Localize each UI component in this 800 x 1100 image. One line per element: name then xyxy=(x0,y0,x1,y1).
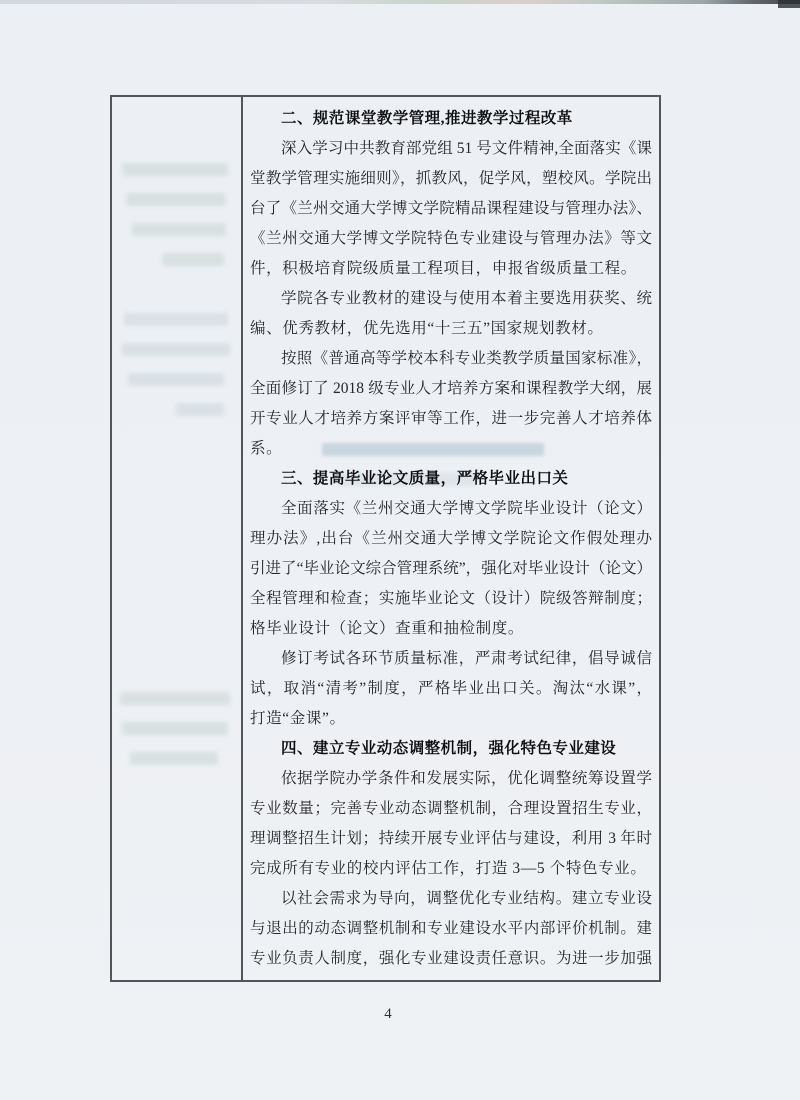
text-line: 二、规范课堂教学管理,推进教学过程改革 xyxy=(250,104,652,134)
text-line: 完成所有专业的校内评估工作，打造 3—5 个特色专业。 xyxy=(250,854,652,884)
content-cell: 二、规范课堂教学管理,推进教学过程改革深入学习中共教育部党组 51 号文件精神,… xyxy=(243,97,659,980)
text-line: 全面落实《兰州交通大学博文学院毕业设计（论文）管 xyxy=(250,494,652,524)
section-heading: 三、提高毕业论文质量，严格毕业出口关 xyxy=(250,464,652,494)
text-line: 堂教学管理实施细则》，抓教风，促学风，塑校风。学院出 xyxy=(250,164,652,194)
section-heading: 四、建立专业动态调整机制，强化特色专业建设 xyxy=(250,734,652,764)
text-line: 理调整招生计划；持续开展专业评估与建设，利用 3 年时间 xyxy=(250,824,652,854)
table-left-column xyxy=(112,97,243,980)
paragraph: 学院各专业教材的建设与使用本着主要选用获奖、统编、优秀教材，优先选用“十三五”国… xyxy=(250,284,652,344)
text-line: 编、优秀教材，优先选用“十三五”国家规划教材。 xyxy=(250,314,652,344)
text-line: 学院各专业教材的建设与使用本着主要选用获奖、统 xyxy=(250,284,652,314)
scanned-page: 二、规范课堂教学管理,推进教学过程改革深入学习中共教育部党组 51 号文件精神,… xyxy=(0,0,800,1100)
text-line: 深入学习中共教育部党组 51 号文件精神,全面落实《课 xyxy=(250,134,652,164)
text-line: 以社会需求为导向，调整优化专业结构。建立专业设立 xyxy=(250,884,652,914)
text-line: 《兰州交通大学博文学院特色专业建设与管理办法》等文 xyxy=(250,224,652,254)
text-line: 开专业人才培养方案评审等工作，进一步完善人才培养体 xyxy=(250,404,652,434)
text-line: 全程管理和检查；实施毕业论文（设计）院级答辩制度；严 xyxy=(250,584,652,614)
text-line: 按照《普通高等学校本科专业类教学质量国家标准》， xyxy=(250,344,652,374)
scan-corner-artifact xyxy=(778,0,800,8)
text-line: 打造“金课”。 xyxy=(250,704,652,734)
text-line: 修订考试各环节质量标准，严肃考试纪律，倡导诚信考 xyxy=(250,644,652,674)
text-line: 件，积极培育院级质量工程项目，申报省级质量工程。 xyxy=(250,254,652,284)
paragraph: 全面落实《兰州交通大学博文学院毕业设计（论文）管理办法》,出台《兰州交通大学博文… xyxy=(250,494,652,644)
text-line: 试，取消“清考”制度，严格毕业出口关。淘汰“水课”， xyxy=(250,674,652,704)
text-line: 引进了“毕业论文综合管理系统”，强化对毕业设计（论文） xyxy=(250,554,652,584)
text-line: 专业负责人制度，强化专业建设责任意识。为进一步加强专 xyxy=(250,944,652,974)
text-line: 四、建立专业动态调整机制，强化特色专业建设 xyxy=(250,734,652,764)
paragraph: 按照《普通高等学校本科专业类教学质量国家标准》，全面修订了 2018 级专业人才… xyxy=(250,344,652,464)
scan-edge-artifact xyxy=(0,0,800,4)
text-line: 格毕业设计（论文）查重和抽检制度。 xyxy=(250,614,652,644)
page-number: 4 xyxy=(373,1006,403,1023)
paragraph: 深入学习中共教育部党组 51 号文件精神,全面落实《课堂教学管理实施细则》，抓教… xyxy=(250,134,652,284)
paragraph: 依据学院办学条件和发展实际，优化调整统筹设置学科专业数量；完善专业动态调整机制，… xyxy=(250,764,652,884)
text-line: 与退出的动态调整机制和专业建设水平内部评价机制。建立 xyxy=(250,914,652,944)
text-line: 专业数量；完善专业动态调整机制，合理设置招生专业，合 xyxy=(250,794,652,824)
text-line: 依据学院办学条件和发展实际，优化调整统筹设置学科 xyxy=(250,764,652,794)
text-line: 台了《兰州交通大学博文学院精品课程建设与管理办法》、 xyxy=(250,194,652,224)
text-line: 系。 xyxy=(250,434,652,464)
paragraph: 以社会需求为导向，调整优化专业结构。建立专业设立与退出的动态调整机制和专业建设水… xyxy=(250,884,652,974)
text-line: 全面修订了 2018 级专业人才培养方案和课程教学大纲，展 xyxy=(250,374,652,404)
text-line: 三、提高毕业论文质量，严格毕业出口关 xyxy=(250,464,652,494)
paragraph: 修订考试各环节质量标准，严肃考试纪律，倡导诚信考试，取消“清考”制度，严格毕业出… xyxy=(250,644,652,734)
document-table: 二、规范课堂教学管理,推进教学过程改革深入学习中共教育部党组 51 号文件精神,… xyxy=(110,95,661,982)
text-line: 理办法》,出台《兰州交通大学博文学院论文作假处理办法》。 xyxy=(250,524,652,554)
section-heading: 二、规范课堂教学管理,推进教学过程改革 xyxy=(250,104,652,134)
